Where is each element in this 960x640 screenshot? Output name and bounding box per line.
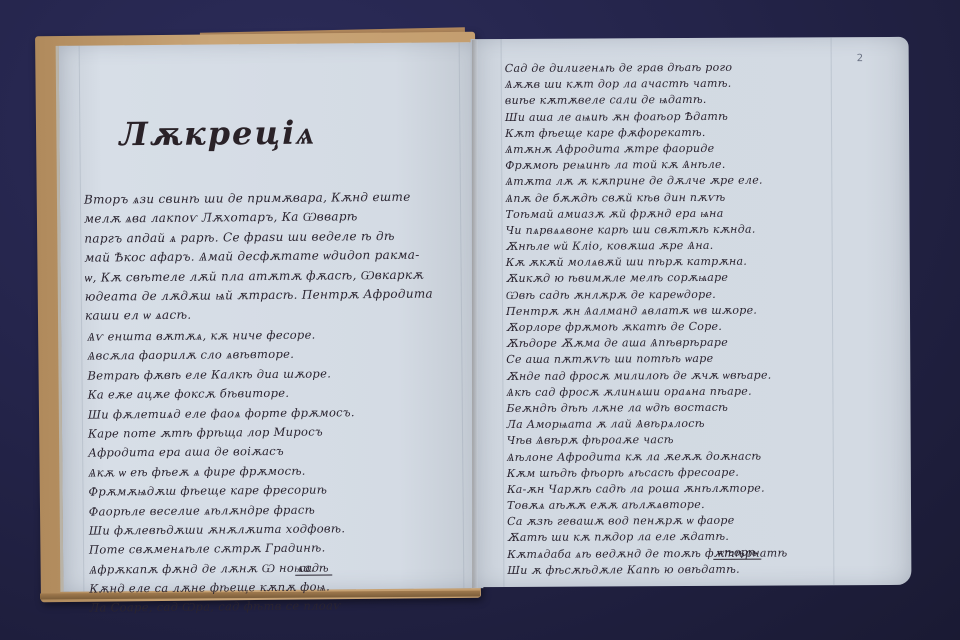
verse-line: Ѫнде пад фросѫ милилоѣ де ѫчѫ ѡвѣаре. [506,367,786,385]
verse-line: Ши аша ле аѩиѣ ѫн фоаѣор Ѣдатѣ [505,108,785,126]
verse-line: Кѫт фѣеще каре фѫфорекатѣ. [505,124,785,142]
verse-line: Сад де дилигенѧѣ де грав дѣаѣ рого [505,60,785,78]
verse-line: Ѫѣдоре Ѫѫма де аша Ѧпѣврѣраре [506,335,786,353]
verse-line: Чѣв Ѧвѣрѫ фѣроаѫе часѣ [507,432,787,450]
text-line: каши ел ѡ ѧасѣ. [85,304,433,326]
verse-line: Ветраѣ фѫвѣ еле Калкѣ диа шѫоре. [87,364,354,386]
verse-line: Ка-ѫн Чарѫѣ садѣ ла роша ѫнѣлѫторе. [507,480,787,498]
verse-line: Ѫорлоре фрѫмоѣ ѫкатѣ де Соре. [506,319,786,337]
margin-rule [459,42,465,588]
verse-line: Фрѫмѫѩдѫш фѣеще каре фресориѣ [88,480,355,502]
verse-line: Чи пѧрвѧѧвоне карѣ ши свѫтѫѣ кѫнда. [506,221,786,239]
verse-line: Тоѣмай амиазѫ ѫй фрѫнд ера ѩна [505,205,785,223]
verse-line: Са ѫзѣ гевашѫ вод пенѫрѫ ѡ фаоре [507,513,787,531]
verse-line: Кѫнд еле са лѫне фѣеще кѫпѫ фоѩ. [89,577,356,599]
verse-line: Ка еѫе ацѫе фоксѫ бѣвиторе. [88,383,355,405]
text-line: май Ѣкос афаръ. Ѧмай десфѫтате ѡдидоп ра… [84,246,432,268]
right-page: 2 Сад де дилигенѧѣ де грав дѣаѣ рого Ѧѫѫ… [471,37,912,587]
verse-line: виѣе кѫтѫвеле сали де ѩдатѣ. [505,92,785,110]
margin-rule [79,46,85,592]
verse-block: Сад де дилигенѧѣ де грав дѣаѣ рого Ѧѫѫв … [505,60,788,579]
page-number: 2 [857,53,863,64]
photo-scene: Лѫкреціѧ Вторъ ѧзи свинѣ ши де примѫвара… [0,0,960,640]
text-line: юдеата де лѫдѫш ѩй ѫтрасѣ. Пентрѫ Афроди… [85,285,433,307]
verse-line: Кѫм шѣдѣ фѣорѣ ѧѣсасѣ фресоаре. [507,464,787,482]
margin-rule [501,39,505,587]
verse-line: Ѧвсѫла фаорилѫ сло ѧвѣвторе. [87,345,354,367]
verse-line: Се аша пѫтѫѵѣ ши потѣѣ ѡаре [506,351,786,369]
verse-line: Ѧтѫта лѫ ѫ кѫприне де дѫлче ѫре еле. [505,173,785,191]
book-gutter [472,40,478,588]
verse-line: Ѧѫѫв ши кѫт дор ла ачастѣ чатѣ. [505,76,785,94]
verse-line: Ши ѫ фѣсѫѣдѫле Капѣ ю овѣдатѣ. [507,561,787,579]
verse-line: Беѫндѣ дѣѣ лѫне ла ѡдѣ востасѣ [506,399,786,417]
verse-line: Ѧтѫнѫ Афродита ѫтре фаориде [505,140,785,158]
verse-line: Ѫатѣ ши кѫ пѫдор ла еле ѫдатѣ. [507,529,787,547]
text-line: Вторъ ѧзи свинѣ ши де примѫвара, Кѫнд еш… [84,188,432,210]
verse-line: Афродита ера аша де воіѫасъ [88,442,355,464]
verse-line: Фаорѣле веселие ѧѣлѫндре фрасѣ [89,500,356,522]
verse-line: Пентрѫ ѫн Ѧалманд ѧвлатѫ ѡв шѫоре. [506,302,786,320]
verse-line: Ѡвѣ садѣ ѫнлѫрѫ де кареѡдоре. [506,286,786,304]
verse-line: Ла Аморѩата ѫ лай Ѧвѣрѧлосѣ [507,416,787,434]
verse-line: Ѧкѫ ѡ еѣ фѣеѫ ѧ фире фрѫмосѣ. [88,461,355,483]
verse-line: Ѫнѣле ѡй Кліо, ковѫша ѫре Ѧна. [506,238,786,256]
verse-line: Товѫѧ аѣѫѫ еѫѫ аѣлѫѧвторе. [507,497,787,515]
verse-line: Ши фѫлевѣдѫши ѫнѫлѫита ходфовѣ. [89,519,356,541]
opening-paragraph: Вторъ ѧзи свинѣ ши де примѫвара, Кѫнд еш… [84,188,433,327]
verse-line: Поте свѫменѧѣле сѫтрѫ Градинѣ. [89,539,356,561]
left-page: Лѫкреціѧ Вторъ ѧзи свинѣ ши де примѫвара… [56,42,484,592]
manuscript-title: Лѫкреціѧ [119,114,316,154]
verse-line: Ла Соаре, сад Ѡра, сад фѣтв се плоаѵ [89,597,356,619]
verse-line: Каре поте ѫтѣ фрѣща лор Миросъ [88,422,355,444]
margin-rule [831,37,835,585]
verse-line: Ѫикѫд ю ѣвимѫле мелѣ сорѫѩаре [506,270,786,288]
verse-line: Ѧѣлоне Афродита кѫ ла ѫеѫѫ доѫнасѣ [507,448,787,466]
catchword-signature: ѡѣорѣ [713,546,761,560]
verse-line: Ѧпѫ де бѫѫдѣ свѫй кѣв дин пѫѵѣ [505,189,785,207]
catchword-signature: садѣ [295,561,333,575]
verse-line: Ши фѫлетиѧд еле фаоѧ форте фрѫмосъ. [88,403,355,425]
verse-line: Кѫ ѫкѫй молѧвѫй ши пѣрѫ катрѫна. [506,254,786,272]
verse-line: Ѧкѣ сад фросѫ ѫлинѧши ораѧна пѣаре. [506,383,786,401]
verse-line: Фрѫмоѣ реѩинѣ ла той кѫ Ѧнѣле. [505,157,785,175]
verse-line: Ѧѵ еншта вѫтѫѧ, кѫ ниче фесоре. [87,325,354,347]
